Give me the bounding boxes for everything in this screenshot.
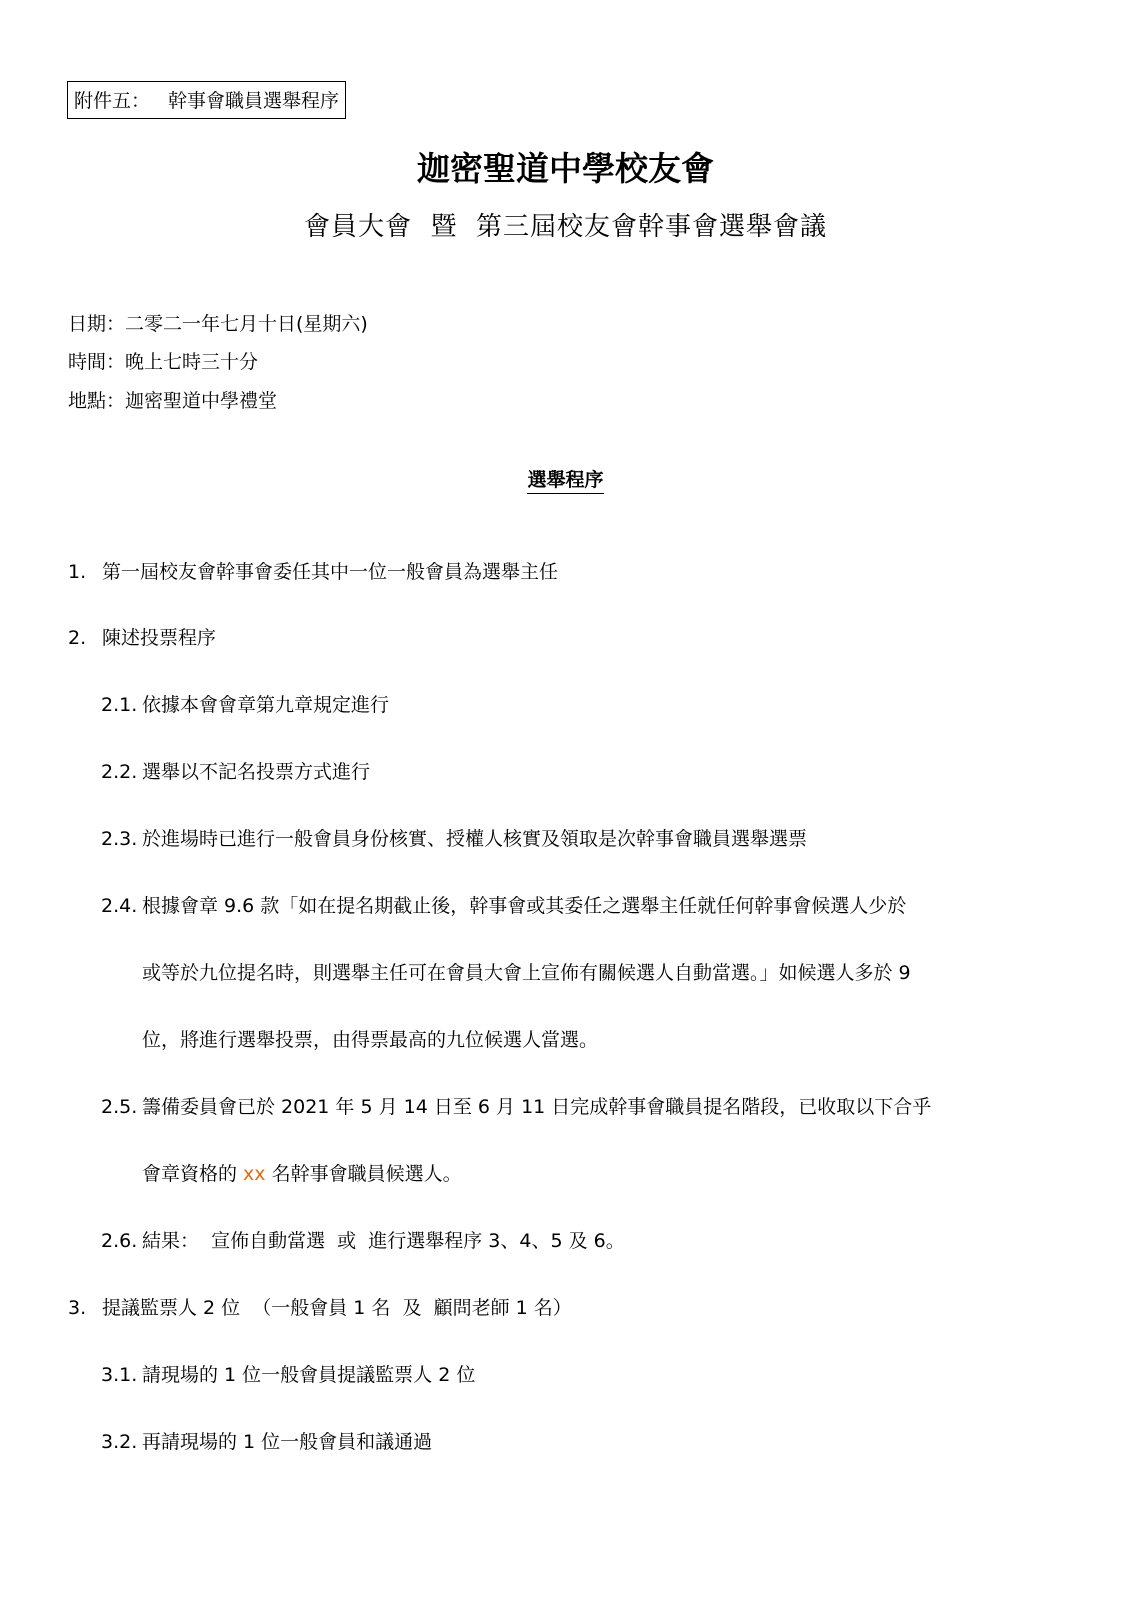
annex-title: 幹事會職員選舉程序 <box>168 90 339 112</box>
list-item-2-4: 2.4.根據會章 9.6 款「如在提名期截止後，幹事會或其委任之選舉主任就任何幹… <box>101 893 906 919</box>
date-value: 二零二一年七月十日(星期六) <box>125 313 368 335</box>
list-item-2-4-cont-1: 或等於九位提名時，則選舉主任可在會員大會上宣佈有關候選人自動當選。」如候選人多於… <box>142 960 911 986</box>
list-item-3-1: 3.1.請現場的 1 位一般會員提議監票人 2 位 <box>101 1362 475 1388</box>
meeting-time: 時間：晚上七時三十分 <box>68 349 258 375</box>
list-item-1: 1.第一屆校友會幹事會委任其中一位一般會員為選舉主任 <box>68 559 558 585</box>
list-item-2-5: 2.5.籌備委員會已於 2021 年 5 月 14 日至 6 月 11 日完成幹… <box>101 1094 931 1120</box>
document-subtitle: 會員大會 暨 第三屆校友會幹事會選舉會議 <box>0 208 1131 246</box>
list-item-3: 3.提議監票人 2 位 （一般會員 1 名 及 顧問老師 1 名） <box>68 1295 572 1321</box>
list-item-2-4-cont-2: 位，將進行選舉投票，由得票最高的九位候選人當選。 <box>142 1027 598 1053</box>
list-item-2-3: 2.3.於進場時已進行一般會員身份核實、授權人核實及領取是次幹事會職員選舉選票 <box>101 826 807 852</box>
list-item-2-6: 2.6.結果： 宣佈自動當選 或 進行選舉程序 3、4、5 及 6。 <box>101 1228 625 1254</box>
list-item-3-2: 3.2.再請現場的 1 位一般會員和議通過 <box>101 1429 432 1455</box>
candidate-count-placeholder: xx <box>243 1163 266 1185</box>
list-item-2-5-cont: 會章資格的 xx 名幹事會職員候選人。 <box>142 1161 462 1187</box>
annex-label-box: 附件五：幹事會職員選舉程序 <box>67 81 346 119</box>
meeting-date: 日期：二零二一年七月十日(星期六) <box>68 311 368 337</box>
list-item-2-1: 2.1.依據本會會章第九章規定進行 <box>101 692 389 718</box>
meeting-venue: 地點：迦密聖道中學禮堂 <box>68 388 277 414</box>
time-label: 時間： <box>68 351 125 373</box>
list-item-2-2: 2.2.選舉以不記名投票方式進行 <box>101 759 370 785</box>
time-value: 晚上七時三十分 <box>125 351 258 373</box>
venue-value: 迦密聖道中學禮堂 <box>125 390 277 412</box>
annex-number: 附件五： <box>74 90 150 112</box>
document-title: 迦密聖道中學校友會 <box>0 148 1131 190</box>
list-item-2: 2.陳述投票程序 <box>68 625 216 651</box>
date-label: 日期： <box>68 313 125 335</box>
venue-label: 地點： <box>68 390 125 412</box>
section-heading: 選舉程序 <box>0 467 1131 493</box>
